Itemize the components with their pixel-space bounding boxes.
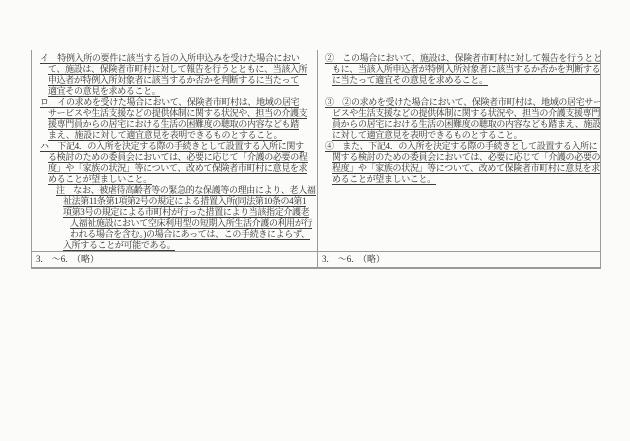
text-line: 関する検討のための委員会においては、必要に応じて「介護の必要の bbox=[332, 152, 600, 163]
text-line: る検討のための委員会においては、必要に応じて「介護の必要の程 bbox=[48, 152, 317, 163]
line-text: ④ また、下記4．の入所を決定する際の手続きとして設置する入所に bbox=[325, 141, 597, 152]
text-line: イ 特例入所の要件に該当する旨の入所申込みを受けた場合におい bbox=[40, 53, 317, 64]
line-text: めることが望ましいこと。 bbox=[48, 174, 152, 185]
line-text: 度」や「家族の状況」等について、改めて保険者市町村に意見を求 bbox=[48, 163, 307, 174]
text-line: 援専門員からの居宅における生活の困難度の聴取の内容なども踏 bbox=[48, 119, 317, 130]
line-text: めることが望ましいこと。 bbox=[332, 174, 436, 185]
right-column: ② この場合において、施設は、保険者市町村に対して報告を行うとと もに、当該入所… bbox=[318, 50, 600, 251]
text-line: に当たって適宜その意見を求めること。 bbox=[332, 75, 600, 86]
text-line: 程度」や「家族の状況」等について、改めて保険者市町村に意見を求 bbox=[332, 163, 600, 174]
text-line: ロ イの求めを受けた場合において、保険者市町村は、地域の居宅 bbox=[40, 97, 317, 108]
line-text: もに、当該入所申込者が特例入所対象者に該当するか否かを判断する bbox=[332, 64, 600, 75]
abbreviated-items-row: 3. ～6. （略） 3. ～6. （略） bbox=[32, 252, 600, 267]
line-text: 関する検討のための委員会においては、必要に応じて「介護の必要の bbox=[332, 152, 600, 163]
text-line: て、施設は、保険者市町村に対して報告を行うとともに、当該入所 bbox=[48, 64, 317, 75]
line-text: ビスや生活支援などの提供体制に関する状況や、担当の介護支援専門 bbox=[332, 108, 600, 119]
line-text: 注 なお、被虐待高齢者等の緊急的な保護等の理由により、老人福 bbox=[56, 185, 316, 196]
line-text: ③ ②の求めを受けた場合において、保険者市町村は、地域の居宅サー bbox=[325, 97, 600, 108]
line-text: 程度」や「家族の状況」等について、改めて保険者市町村に意見を求 bbox=[332, 163, 600, 174]
line-text: て、施設は、保険者市町村に対して報告を行うとともに、当該入所 bbox=[48, 64, 307, 75]
text-line: ④ また、下記4．の入所を決定する際の手続きとして設置する入所に bbox=[325, 141, 600, 152]
line-text: ロ イの求めを受けた場合において、保険者市町村は、地域の居宅 bbox=[40, 97, 299, 108]
note-line: 項第3号の規定による市町村が行った措置により当該指定介護老 bbox=[63, 207, 317, 218]
note-line: 祉法第11条第1項第2号の規定による措置入所(同法第10条の4第1 bbox=[63, 196, 317, 207]
line-text: る検討のための委員会においては、必要に応じて「介護の必要の程 bbox=[48, 152, 308, 163]
text-line: ビスや生活支援などの提供体制に関する状況や、担当の介護支援専門 bbox=[332, 108, 600, 119]
text-line: 申込者が特例入所対象者に該当するか否かを判断するに当たって bbox=[48, 75, 317, 86]
line-text: に当たって適宜その意見を求めること。 bbox=[332, 75, 488, 86]
line-text: 援専門員からの居宅における生活の困難度の聴取の内容なども踏 bbox=[48, 119, 299, 130]
note-line: われる場合を含む。)の場合にあっては、この手続きによらず、 bbox=[70, 229, 317, 240]
line-text: サービスや生活支援などの提供体制に関する状況や、担当の介護支 bbox=[48, 108, 307, 119]
line-text: 申込者が特例入所対象者に該当するか否かを判断するに当たって bbox=[48, 75, 299, 86]
line-text: 入所することが可能である。 bbox=[63, 240, 175, 251]
comparison-table: イ 特例入所の要件に該当する旨の入所申込みを受けた場合におい て、施設は、保険者… bbox=[31, 50, 601, 269]
left-column: イ 特例入所の要件に該当する旨の入所申込みを受けた場合におい て、施設は、保険者… bbox=[32, 50, 318, 251]
text-line: めることが望ましいこと。 bbox=[332, 174, 600, 185]
note-line: 入所することが可能である。 bbox=[63, 240, 317, 251]
line-text: イ 特例入所の要件に該当する旨の入所申込みを受けた場合におい bbox=[40, 53, 300, 64]
line-text: まえ、施設に対して適宜意見を表明できるものとすること。 bbox=[48, 130, 282, 141]
main-provision-row: イ 特例入所の要件に該当する旨の入所申込みを受けた場合におい て、施設は、保険者… bbox=[32, 50, 600, 252]
text-line: に対して適宜意見を表明できるものとすること。 bbox=[332, 130, 600, 141]
note-line: 人福祉施設において空床利用型の短期入所生活介護の利用が行 bbox=[70, 218, 317, 229]
text-line: ② この場合において、施設は、保険者市町村に対して報告を行うとと bbox=[325, 53, 600, 64]
text-line: サービスや生活支援などの提供体制に関する状況や、担当の介護支 bbox=[48, 108, 317, 119]
line-text: 祉法第11条第1項第2号の規定による措置入所(同法第10条の4第1 bbox=[63, 196, 306, 207]
text-line: まえ、施設に対して適宜意見を表明できるものとすること。 bbox=[48, 130, 317, 141]
text-line: 適宜その意見を求めること。 bbox=[48, 86, 317, 97]
text-line: もに、当該入所申込者が特例入所対象者に該当するか否かを判断する bbox=[332, 64, 600, 75]
text-line: 度」や「家族の状況」等について、改めて保険者市町村に意見を求 bbox=[48, 163, 317, 174]
note-line: 注 なお、被虐待高齢者等の緊急的な保護等の理由により、老人福 bbox=[56, 185, 317, 196]
line-text: に対して適宜意見を表明できるものとすること。 bbox=[332, 130, 522, 141]
line-text: ② この場合において、施設は、保険者市町村に対して報告を行うとと bbox=[325, 53, 600, 64]
line-text: 員からの居宅における生活の困難度の聴取の内容なども踏まえ、施設 bbox=[332, 119, 600, 130]
line-text: われる場合を含む。)の場合にあっては、この手続きによらず、 bbox=[70, 229, 310, 240]
text-line: 員からの居宅における生活の困難度の聴取の内容なども踏まえ、施設 bbox=[332, 119, 600, 130]
line-text: 適宜その意見を求めること。 bbox=[48, 86, 160, 97]
line-text: 項第3号の規定による市町村が行った措置により当該指定介護老 bbox=[63, 207, 309, 218]
line-text: ハ 下記4．の入所を決定する際の手続きとして設置する入所に関す bbox=[40, 141, 304, 152]
left-skip-note: 3. ～6. （略） bbox=[32, 252, 318, 267]
text-line: ③ ②の求めを受けた場合において、保険者市町村は、地域の居宅サー bbox=[325, 97, 600, 108]
text-line: ハ 下記4．の入所を決定する際の手続きとして設置する入所に関す bbox=[40, 141, 317, 152]
text-line: めることが望ましいこと。 bbox=[48, 174, 317, 185]
line-text: 人福祉施設において空床利用型の短期入所生活介護の利用が行 bbox=[70, 218, 312, 229]
right-skip-note: 3. ～6. （略） bbox=[318, 252, 600, 267]
blank-line bbox=[318, 86, 600, 97]
